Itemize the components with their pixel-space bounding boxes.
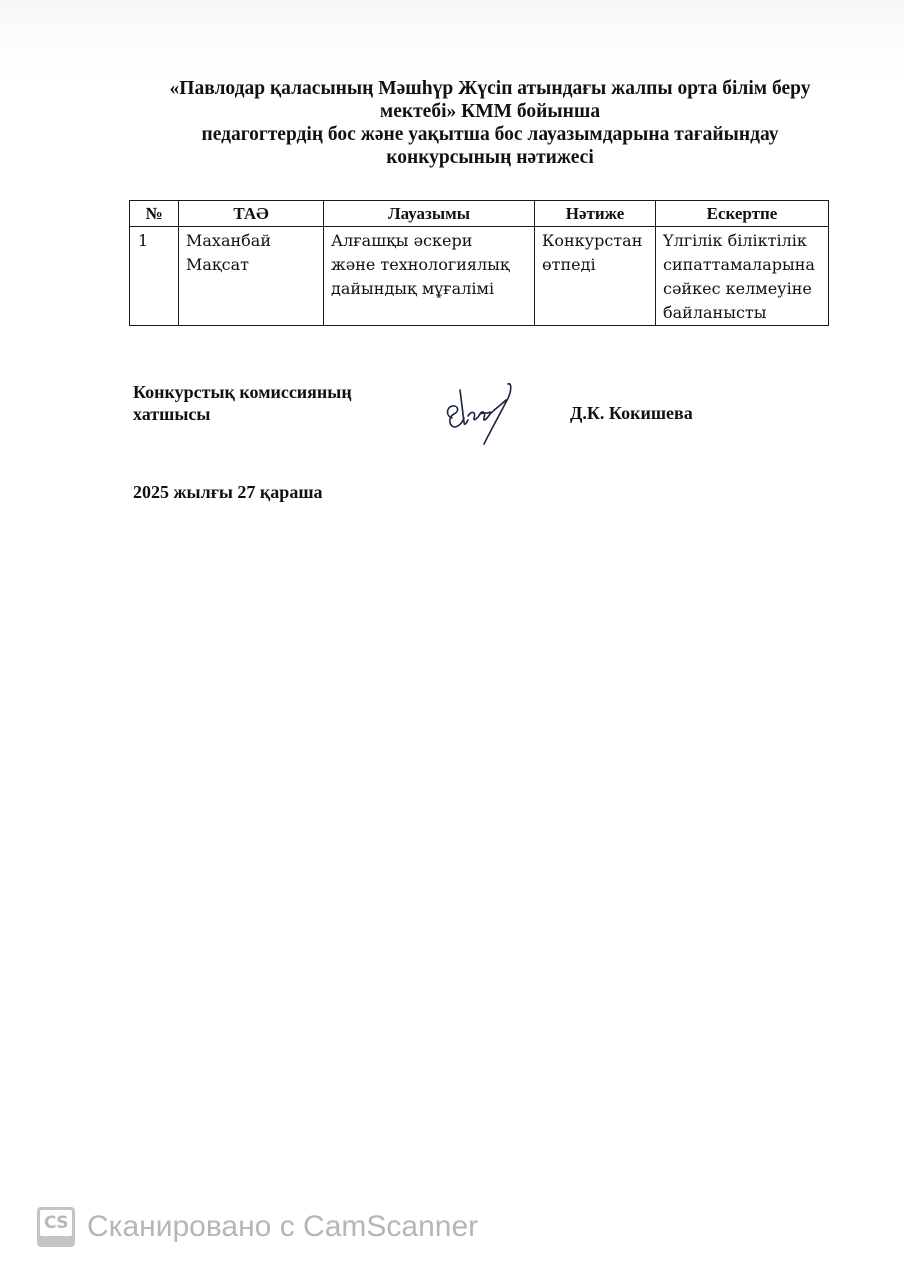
signer-name: Д.К. Кокишева [570,402,693,424]
cell-position: Алғашқы әскери және технологиялық дайынд… [324,227,535,326]
logo-text: CS [40,1210,72,1236]
camscanner-watermark: CS Сканировано с CamScanner [37,1207,478,1247]
header-note: Ескертпе [656,201,829,227]
signature-icon [440,378,520,448]
header-full-name: ТАӘ [179,201,324,227]
header-position: Лауазымы [324,201,535,227]
scanned-page: «Павлодар қаласының Мәшһүр Жүсіп атындағ… [0,0,904,1280]
title-line-4: конкурсының нәтижесі [120,146,860,169]
header-result: Нәтиже [535,201,656,227]
table-row: 1 Маханбай Мақсат Алғашқы әскери және те… [130,227,829,326]
cell-number: 1 [130,227,179,326]
table-header-row: № ТАӘ Лауазымы Нәтиже Ескертпе [130,201,829,227]
cell-full-name: Маханбай Мақсат [179,227,324,326]
camscanner-logo-icon: CS [37,1207,75,1247]
document-date: 2025 жылғы 27 қараша [133,481,323,503]
document-title: «Павлодар қаласының Мәшһүр Жүсіп атындағ… [120,77,860,169]
cell-result: Конкурстан өтпеді [535,227,656,326]
results-table: № ТАӘ Лауазымы Нәтиже Ескертпе 1 Маханба… [129,200,829,326]
cell-note: Үлгілік біліктілік сипаттамаларына сәйке… [656,227,829,326]
header-number: № [130,201,179,227]
title-line-3: педагогтердің бос және уақытша бос лауаз… [120,123,860,146]
watermark-text: Сканировано с CamScanner [87,1210,478,1244]
signature-label: Конкурстық комиссияның хатшысы [133,381,352,425]
title-line-2: мектебі» КММ бойынша [120,100,860,123]
title-line-1: «Павлодар қаласының Мәшһүр Жүсіп атындағ… [120,77,860,100]
